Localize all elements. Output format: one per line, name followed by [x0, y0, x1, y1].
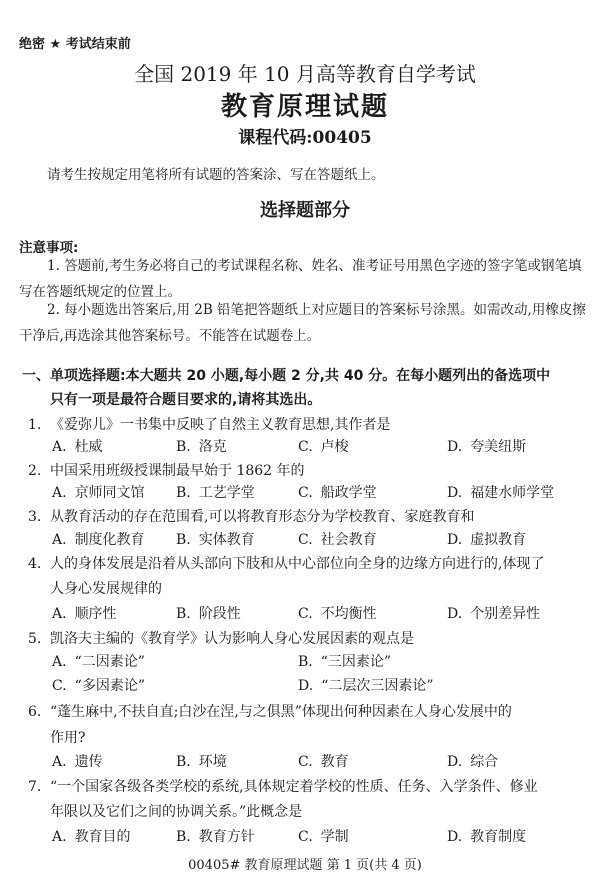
part-one-heading-line2: 只有一项是最符合题目要求的,请将其选出。	[22, 388, 582, 412]
question-text: 凯洛夫主编的《教育学》认为影响人身心发展因素的观点是	[50, 631, 414, 647]
option-a[interactable]: A.“二因素论”	[52, 651, 145, 671]
option-c[interactable]: C.卢梭	[298, 436, 349, 456]
option-a[interactable]: A.京师同文馆	[52, 482, 145, 502]
exam-title: 全国 2019 年 10 月高等教育自学考试	[0, 58, 610, 87]
question-1: 1.《爱弥儿》一书集中反映了自然主义教育思想,其作者是	[28, 413, 390, 437]
question-6-options: A.遗传 B.环境 C.教育 D.综合	[52, 751, 610, 775]
option-c[interactable]: C.学制	[298, 826, 349, 846]
option-c[interactable]: C.“多因素论”	[52, 675, 145, 695]
option-c[interactable]: C.不均衡性	[298, 603, 377, 623]
option-a[interactable]: A.杜威	[52, 436, 103, 456]
question-number: 7.	[28, 775, 50, 799]
option-c[interactable]: C.社会教育	[298, 529, 377, 549]
page-footer: 00405# 教育原理试题 第 1 页(共 4 页)	[0, 854, 610, 873]
option-b[interactable]: B.阶段性	[176, 603, 241, 623]
question-3-options: A.制度化教育 B.实体教育 C.社会教育 D.虚拟教育	[52, 529, 610, 553]
option-a[interactable]: A.顺序性	[52, 603, 117, 623]
course-code: 课程代码:00405	[0, 123, 610, 148]
question-number: 2.	[28, 459, 50, 483]
option-d[interactable]: D.福建水师学堂	[447, 482, 554, 502]
question-number: 1.	[28, 413, 50, 437]
option-b[interactable]: B.实体教育	[176, 529, 255, 549]
option-c[interactable]: C.教育	[298, 751, 349, 771]
question-4: 4.人的身体发展是沿着从头部向下肢和从中心部位向全身的边缘方向进行的,体现了	[28, 552, 544, 576]
option-b[interactable]: B.环境	[176, 751, 227, 771]
question-4-continued: 人身心发展规律的	[50, 578, 162, 598]
option-a[interactable]: A.制度化教育	[52, 529, 145, 549]
option-a[interactable]: A.教育目的	[52, 826, 131, 846]
paper-title: 教育原理试题	[0, 86, 610, 123]
question-7: 7.“一个国家各级各类学校的系统,具体规定着学校的性质、任务、入学条件、修业	[28, 775, 538, 799]
option-d[interactable]: D.教育制度	[447, 826, 526, 846]
option-d[interactable]: D.“二层次三因素论”	[298, 675, 434, 695]
option-b[interactable]: B.“三因素论”	[298, 651, 391, 671]
question-number: 6.	[28, 700, 50, 724]
question-text: 人的身体发展是沿着从头部向下肢和从中心部位向全身的边缘方向进行的,体现了	[50, 556, 544, 572]
part-one-heading-line1: 一、单项选择题:本大题共 20 小题,每小题 2 分,共 40 分。在每小题列出…	[22, 368, 550, 384]
question-6-continued: 作用?	[50, 727, 86, 747]
option-b[interactable]: B.工艺学堂	[176, 482, 255, 502]
question-text: “一个国家各级各类学校的系统,具体规定着学校的性质、任务、入学条件、修业	[50, 779, 538, 795]
question-7-continued: 年限以及它们之间的协调关系。”此概念是	[50, 801, 302, 821]
question-number: 5.	[28, 627, 50, 651]
question-text: 从教育活动的存在范围看,可以将教育形态分为学校教育、家庭教育和	[50, 509, 474, 525]
question-5-options-row1: A.“二因素论” B.“三因素论”	[52, 651, 610, 675]
option-b[interactable]: B.洛克	[176, 436, 227, 456]
option-d[interactable]: D.夸美纽斯	[447, 436, 526, 456]
section-title: 选择题部分	[0, 196, 610, 222]
question-text: “蓬生麻中,不扶自直;白沙在涅,与之俱黑”体现出何种因素在人身心发展中的	[50, 704, 512, 720]
question-6: 6.“蓬生麻中,不扶自直;白沙在涅,与之俱黑”体现出何种因素在人身心发展中的	[28, 700, 512, 724]
confidential-notice: 绝密 ★ 考试结束前	[19, 33, 131, 52]
question-3: 3.从教育活动的存在范围看,可以将教育形态分为学校教育、家庭教育和	[28, 505, 474, 529]
question-2: 2.中国采用班级授课制最早始于 1862 年的	[28, 459, 305, 483]
option-d[interactable]: D.综合	[447, 751, 498, 771]
option-c[interactable]: C.船政学堂	[298, 482, 377, 502]
question-text: 《爱弥儿》一书集中反映了自然主义教育思想,其作者是	[50, 417, 390, 433]
question-number: 3.	[28, 505, 50, 529]
question-5: 5.凯洛夫主编的《教育学》认为影响人身心发展因素的观点是	[28, 627, 414, 651]
question-7-options: A.教育目的 B.教育方针 C.学制 D.教育制度	[52, 826, 610, 850]
note-item-2: 2. 每小题选出答案后,用 2B 铅笔把答题纸上对应题目的答案标号涂黑。如需改动…	[19, 297, 591, 349]
option-b[interactable]: B.教育方针	[176, 826, 255, 846]
question-number: 4.	[28, 552, 50, 576]
part-one-heading: 一、单项选择题:本大题共 20 小题,每小题 2 分,共 40 分。在每小题列出…	[22, 364, 582, 412]
question-4-options: A.顺序性 B.阶段性 C.不均衡性 D.个别差异性	[52, 603, 610, 627]
general-instruction: 请考生按规定用笔将所有试题的答案涂、写在答题纸上。	[47, 163, 385, 183]
question-2-options: A.京师同文馆 B.工艺学堂 C.船政学堂 D.福建水师学堂	[52, 482, 610, 506]
option-a[interactable]: A.遗传	[52, 751, 103, 771]
question-text: 中国采用班级授课制最早始于 1862 年的	[50, 463, 305, 479]
option-d[interactable]: D.个别差异性	[447, 603, 540, 623]
question-5-options-row2: C.“多因素论” D.“二层次三因素论”	[52, 675, 610, 699]
option-d[interactable]: D.虚拟教育	[447, 529, 526, 549]
question-1-options: A.杜威 B.洛克 C.卢梭 D.夸美纽斯	[52, 436, 610, 460]
